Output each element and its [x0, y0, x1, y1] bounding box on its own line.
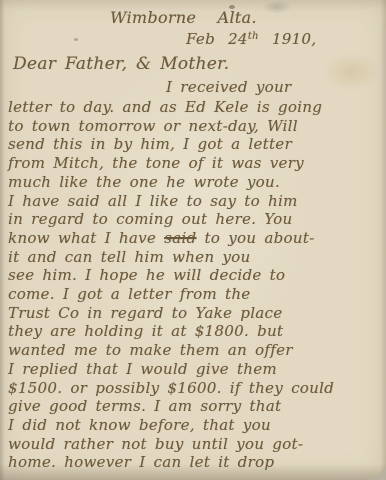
letter-text: to town tomorrow or next-day, Will: [8, 117, 298, 135]
letter-line: see him. I hope he will decide to: [8, 266, 382, 285]
letter-text: th: [248, 31, 259, 42]
scanned-letter: Wimborne Alta. Feb 24th 1910, Dear Fathe…: [0, 0, 386, 480]
letter-text: know what I have: [8, 229, 164, 247]
letter-line: know what I have said to you about-: [8, 229, 382, 248]
place-line: Wimborne Alta.: [110, 7, 386, 29]
letter-text: would rather not buy until you got-: [8, 435, 303, 453]
letter-text: they are holding it at $1800. but: [8, 322, 283, 340]
letter-text: $1500. or possibly $1600. if they could: [8, 379, 334, 397]
letter-text: wanted me to make them an offer: [8, 341, 293, 359]
letter-line: would rather not buy until you got-: [8, 435, 382, 454]
letter-text: send this in by him, I got a letter: [8, 135, 292, 153]
letter-line: I replied that I would give them: [8, 360, 382, 379]
letter-line: give good terms. I am sorry that: [8, 397, 382, 416]
letter-text: home. however I can let it drop: [8, 453, 274, 471]
letter-text: give good terms. I am sorry that: [8, 397, 281, 415]
letter-line: it and can tell him when you: [8, 248, 382, 267]
letter-line: to town tomorrow or next-day, Will: [8, 117, 382, 136]
letter-text: see him. I hope he will decide to: [8, 266, 285, 284]
letter-text: come. I got a letter from the: [8, 285, 250, 303]
letter-text: Feb 24: [186, 30, 248, 48]
letter-text: to you about-: [196, 229, 314, 247]
date-line: Feb 24th 1910,: [186, 29, 386, 52]
struck-word: said: [164, 229, 196, 247]
letter-text: 1910,: [259, 30, 317, 48]
letter-line: much like the one he wrote you.: [8, 173, 382, 192]
letter-line: from Mitch, the tone of it was very: [8, 154, 382, 173]
letter-text: letter to day. and as Ed Kele is going: [8, 98, 322, 116]
letter-line: in regard to coming out here. You: [8, 210, 382, 229]
letter-line: I did not know before, that you: [8, 416, 382, 435]
letter-body: letter to day. and as Ed Kele is goingto…: [8, 98, 382, 472]
letter-line: letter to day. and as Ed Kele is going: [8, 98, 382, 117]
salutation: Dear Father, & Mother.: [13, 52, 386, 76]
letter-line: home. however I can let it drop: [8, 453, 382, 472]
letter-line: wanted me to make them an offer: [8, 341, 382, 360]
letter-text: Trust Co in regard to Yake place: [8, 304, 282, 322]
letter-line: send this in by him, I got a letter: [8, 135, 382, 154]
letter-text: much like the one he wrote you.: [8, 173, 280, 191]
letter-page: Wimborne Alta. Feb 24th 1910, Dear Fathe…: [0, 0, 386, 480]
letter-text: I did not know before, that you: [8, 416, 271, 434]
letter-line: I have said all I like to say to him: [8, 192, 382, 211]
letter-line: they are holding it at $1800. but: [8, 322, 382, 341]
opening-line: I received your: [166, 76, 386, 98]
letter-line: $1500. or possibly $1600. if they could: [8, 379, 382, 398]
letter-line: Trust Co in regard to Yake place: [8, 304, 382, 323]
letter-text: I have said all I like to say to him: [8, 192, 298, 210]
ink-speck: [74, 38, 78, 41]
letter-text: I replied that I would give them: [8, 360, 277, 378]
letter-line: come. I got a letter from the: [8, 285, 382, 304]
letter-text: in regard to coming out here. You: [8, 210, 292, 228]
letter-text: it and can tell him when you: [8, 248, 250, 266]
letter-text: from Mitch, the tone of it was very: [8, 154, 304, 172]
